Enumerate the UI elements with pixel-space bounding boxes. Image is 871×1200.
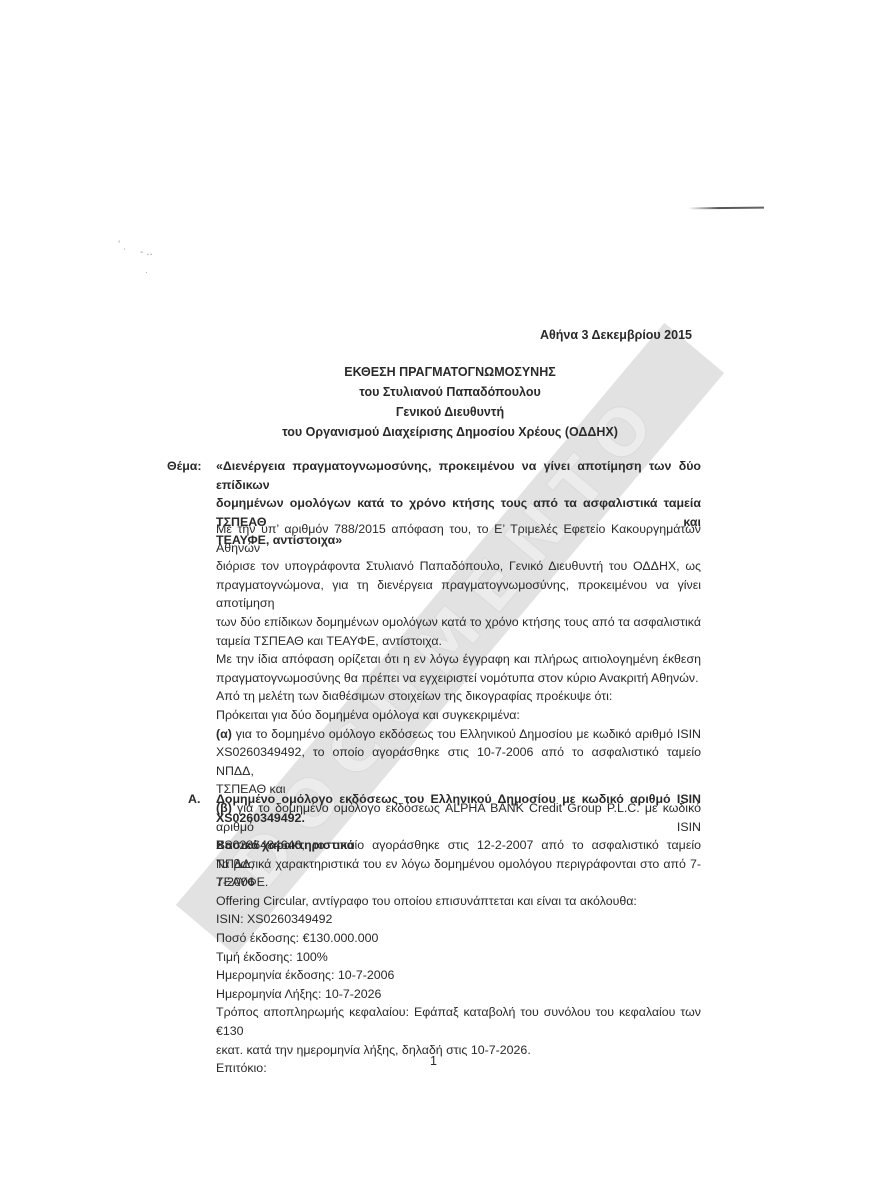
characteristics-block: Βασικά χαρακτηριστικά Τα βασικά χαρακτηρ… (216, 836, 701, 1078)
interest-label: Επιτόκιο: (216, 1059, 701, 1078)
field-issue-amount: Ποσό έκδοσης: €130.000.000 (216, 929, 701, 948)
scanned-page: ʼ ˌ - ‥ · DOCUMENTO Αθήνα 3 Δεκεμβρίου 2… (0, 0, 871, 1200)
page-number: 1 (430, 1052, 437, 1071)
scan-line-mark (688, 207, 764, 210)
item-a-line: (α) για το δομημένο ομόλογο εκδόσεως του… (216, 725, 701, 744)
field-maturity-date: Ημερομηνία Λήξης: 10-7-2026 (216, 985, 701, 1004)
section-a-heading: Α.Δομημένο ομόλογο εκδόσεως του Ελληνικο… (188, 790, 701, 827)
field-value: XS0260349492 (247, 912, 332, 926)
field-label: ISIN: (216, 912, 244, 926)
field-isin: ISIN: XS0260349492 (216, 910, 701, 929)
section-title-cont: XS0260349492. (216, 809, 701, 828)
para4: Πρόκειται για δύο δομημένα ομόλογα και σ… (216, 706, 701, 725)
item-a-text: για το δομημένο ομόλογο εκδόσεως του Ελλ… (232, 727, 701, 741)
field-label: Ημερομηνία Λήξης: (216, 987, 321, 1001)
section-letter: Α. (188, 790, 216, 809)
para2-line: Με την ίδια απόφαση ορίζεται ότι η εν λό… (216, 650, 701, 669)
para3: Από τη μελέτη των διαθέσιμων στοιχείων τ… (216, 687, 701, 706)
intro-line: Offering Circular, αντίγραφο του οποίου … (216, 892, 701, 911)
report-title: ΕΚΘΕΣΗ ΠΡΑΓΜΑΤΟΓΝΩΜΟΣΥΝΗΣ (260, 362, 640, 382)
para2-line: πραγματογνωμοσύνης θα πρέπει να εγχειρισ… (216, 669, 701, 688)
repayment-line: Τρόπος αποπληρωμής κεφαλαίου: Εφάπαξ κατ… (216, 1003, 701, 1040)
item-a-line: XS0260349492, το οποίο αγοράσθηκε στις 1… (216, 743, 701, 780)
para1-line: πραγματογνώμονα, για τη διενέργεια πραγμ… (216, 576, 701, 613)
para1-line: διόρισε τον υπογράφοντα Στυλιανό Παπαδόπ… (216, 557, 701, 576)
characteristics-heading: Βασικά χαρακτηριστικά (216, 836, 701, 855)
field-issue-date: Ημερομηνία έκδοσης: 10-7-2006 (216, 966, 701, 985)
para1-line: ταμεία ΤΣΠΕΑΘ και ΤΕΑΥΦΕ, αντίστοιχα. (216, 632, 701, 651)
author-role: Γενικού Διευθυντή (260, 402, 640, 422)
author-name: του Στυλιανού Παπαδόπουλου (260, 382, 640, 402)
field-value: 10-7-2006 (338, 968, 395, 982)
intro-line: Τα βασικά χαρακτηριστικά του εν λόγω δομ… (216, 855, 701, 892)
repayment-line: εκατ. κατά την ημερομηνία λήξης, δηλαδή … (216, 1041, 701, 1060)
scan-speck: - ‥ (140, 247, 153, 258)
section-title: Δομημένο ομόλογο εκδόσεως του Ελληνικού … (216, 790, 701, 809)
scan-speck: ʼ ˌ (118, 240, 126, 251)
subject-line: «Διενέργεια πραγματογνωμοσύνης, προκειμέ… (216, 457, 701, 494)
field-value: 100% (296, 950, 328, 964)
field-issue-price: Τιμή έκδοσης: 100% (216, 948, 701, 967)
field-value: 10-7-2026 (325, 987, 382, 1001)
field-label: Τιμή έκδοσης: (216, 950, 293, 964)
para1-line: Με την υπ’ αριθμόν 788/2015 απόφαση του,… (216, 520, 701, 557)
document-date: Αθήνα 3 Δεκεμβρίου 2015 (540, 326, 692, 345)
organization-name: του Οργανισμού Διαχείρισης Δημοσίου Χρέο… (260, 422, 640, 442)
item-a-marker: (α) (216, 727, 232, 741)
field-label: Ποσό έκδοσης: (216, 931, 299, 945)
para1-line: των δύο επίδικων δομημένων ομολόγων κατά… (216, 613, 701, 632)
scan-speck: · (145, 268, 148, 277)
subject-label: Θέμα: (167, 457, 202, 476)
field-label: Ημερομηνία έκδοσης: (216, 968, 334, 982)
report-heading: ΕΚΘΕΣΗ ΠΡΑΓΜΑΤΟΓΝΩΜΟΣΥΝΗΣ του Στυλιανού … (260, 362, 640, 442)
field-value: €130.000.000 (303, 931, 379, 945)
